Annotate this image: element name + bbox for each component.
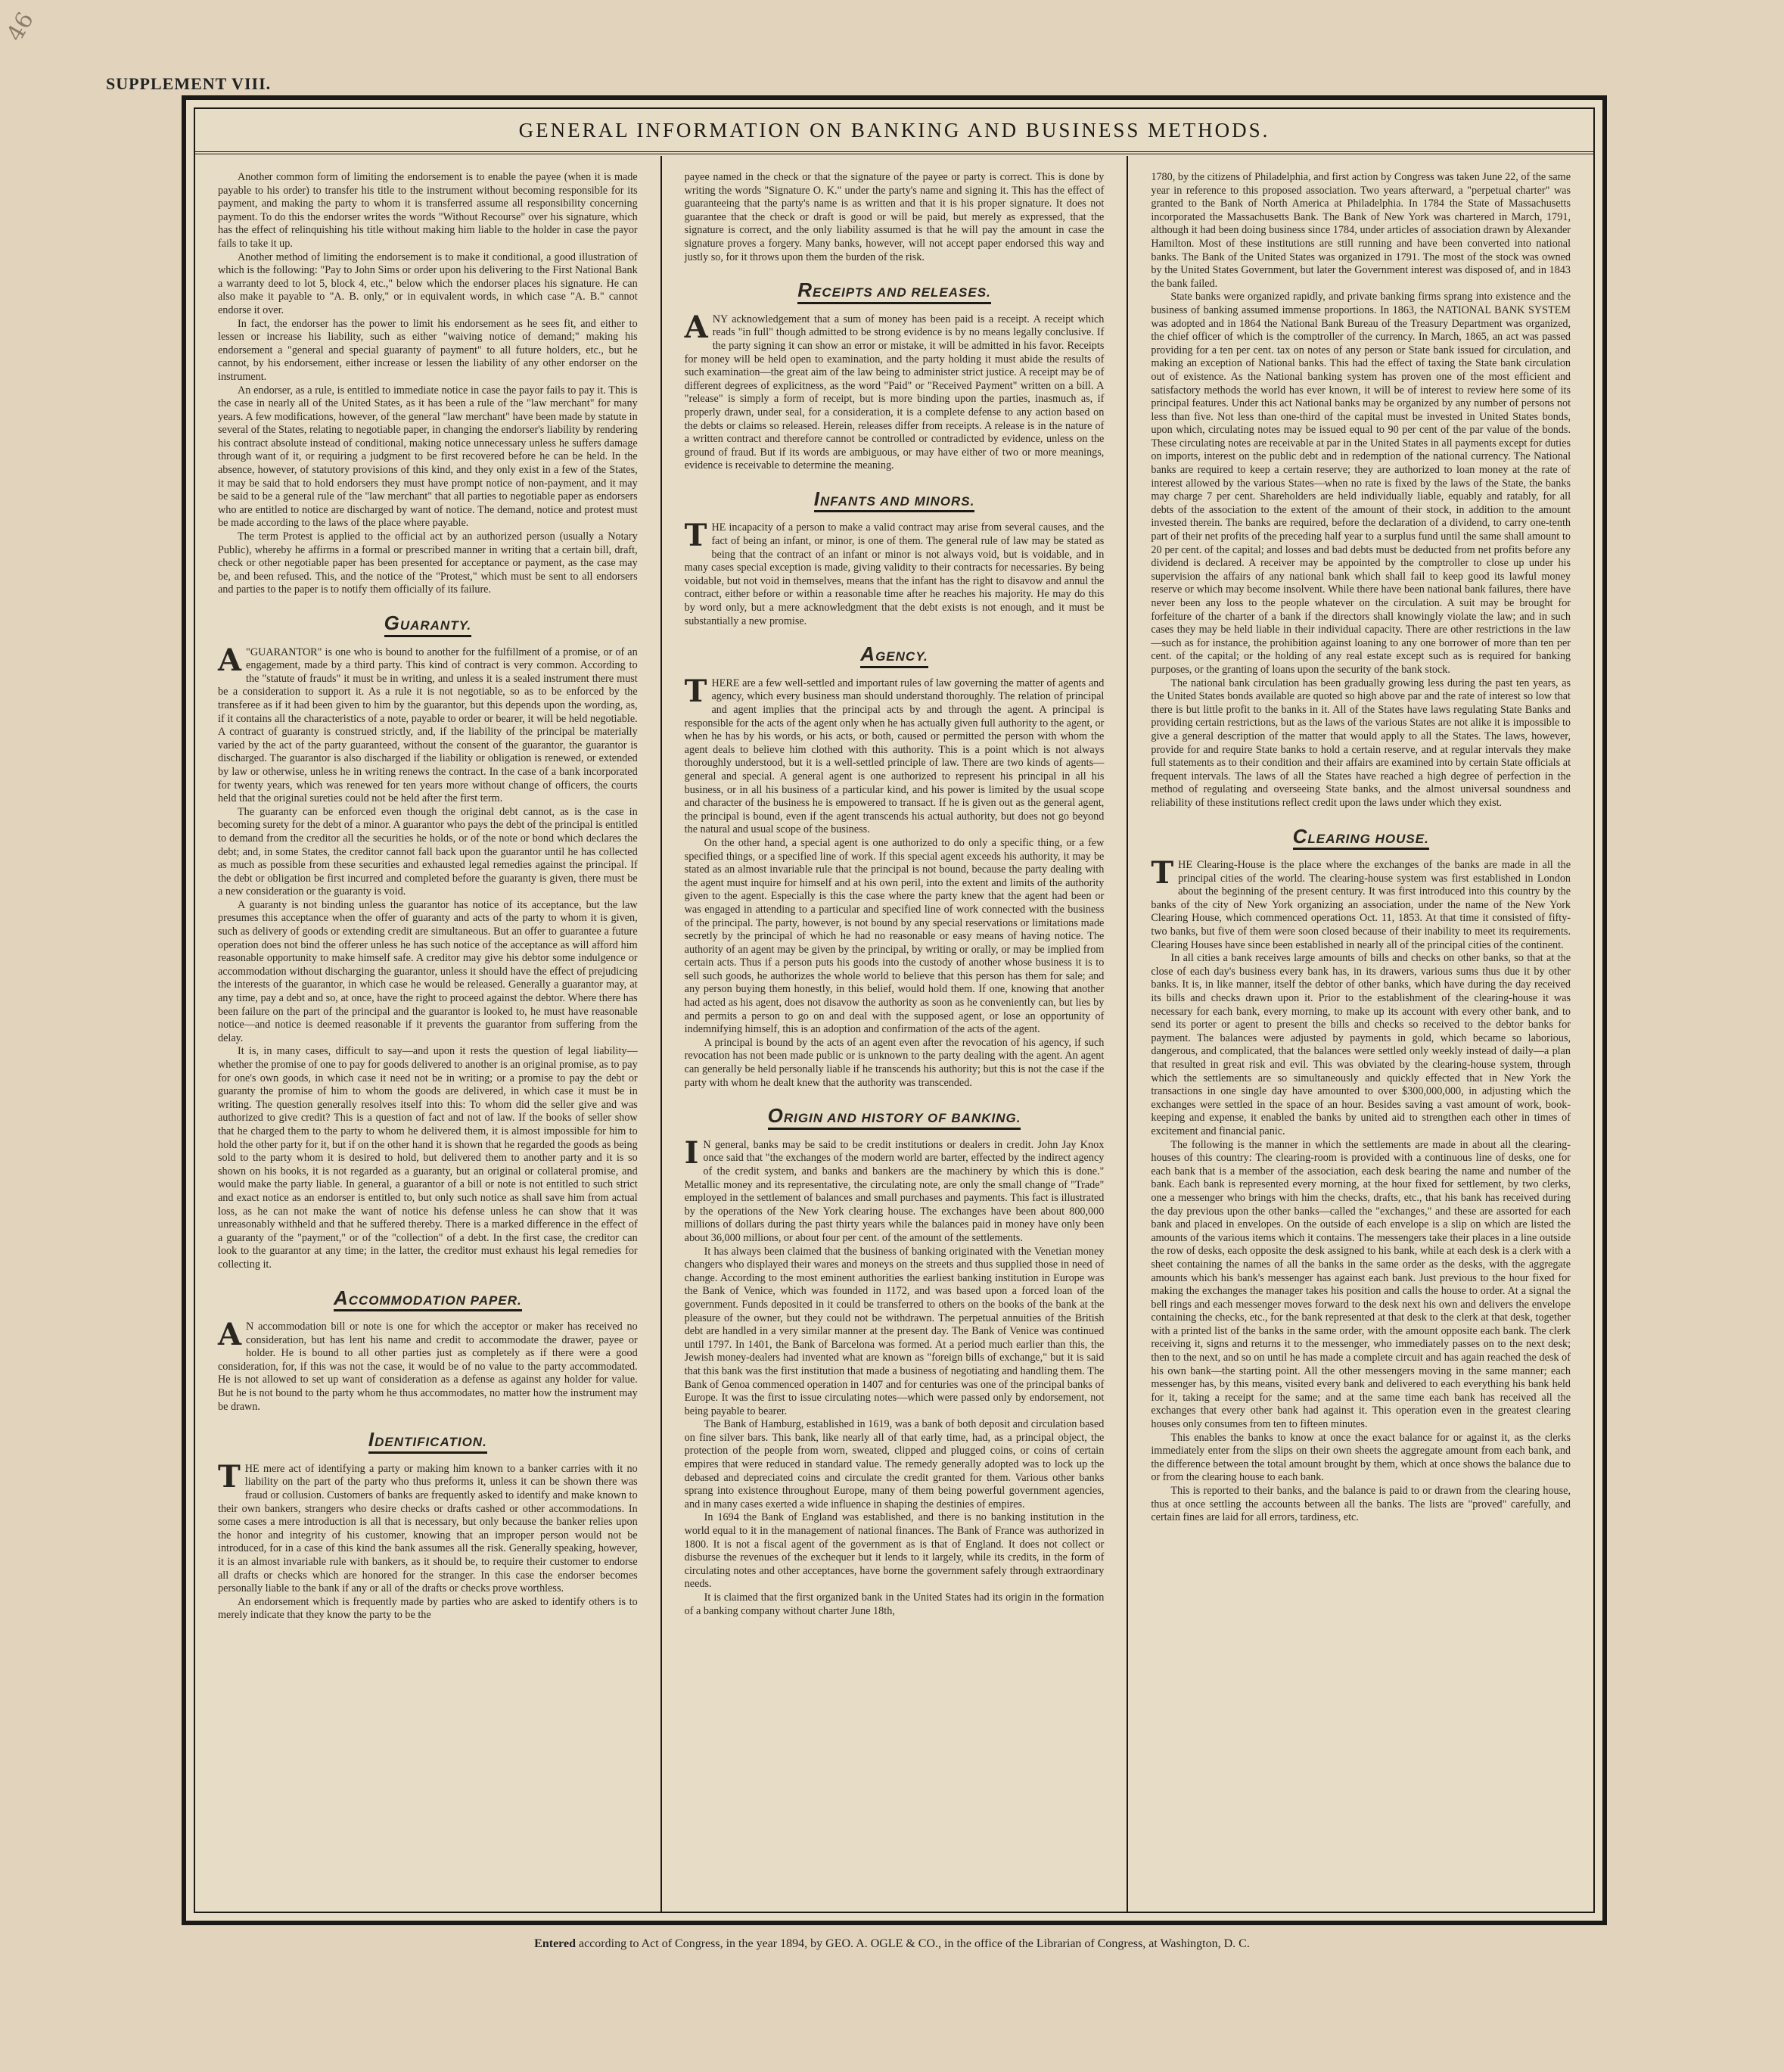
column-1: Another common form of limiting the endo… [195,156,660,1912]
copyright-lead: Entered [534,1937,576,1950]
section-heading-text: IDENTIFICATION. [368,1433,487,1454]
paragraph-text: It has always been claimed that the busi… [685,1246,1105,1417]
copyright-notice: Entered according to Act of Congress, in… [0,1937,1784,1951]
paragraph-text: Another method of limiting the endorseme… [218,251,638,316]
paragraph-text: The national bank circulation has been g… [1151,677,1571,809]
paragraph: A guaranty is not binding unless the gua… [218,899,638,1046]
paragraph: In fact, the endorser has the power to l… [218,318,638,384]
section-heading: GUARANTY. [218,617,638,637]
section-heading: CLEARING HOUSE. [1151,830,1571,851]
column-3: 1780, by the citizens of Philadelphia, a… [1127,156,1593,1912]
paragraph-text: NY acknowledgement that a sum of money h… [685,313,1105,472]
paragraph: This enables the banks to know at once t… [1151,1432,1571,1485]
paragraph-text: HE incapacity of a person to make a vali… [685,521,1105,627]
drop-cap: T [685,523,707,549]
paragraph-text: payee named in the check or that the sig… [685,171,1105,263]
drop-cap: T [1151,860,1173,886]
paragraph-text: HERE are a few well-settled and importan… [685,677,1105,836]
paragraph-text: The Bank of Hamburg, established in 1619… [685,1418,1105,1510]
paragraph-text: State banks were organized rapidly, and … [1151,291,1571,676]
paragraph: ANY acknowledgement that a sum of money … [685,313,1105,473]
paragraph: A"GUARANTOR" is one who is bound to anot… [218,646,638,806]
drop-cap: T [685,679,707,705]
paragraph: An endorsement which is frequently made … [218,1596,638,1622]
paragraph: payee named in the check or that the sig… [685,171,1105,264]
paragraph: The Bank of Hamburg, established in 1619… [685,1418,1105,1511]
paragraph-text: Another common form of limiting the endo… [218,171,638,250]
title-band: GENERAL INFORMATION ON BANKING AND BUSIN… [195,109,1593,154]
paragraph: It has always been claimed that the busi… [685,1246,1105,1419]
section-heading: ORIGIN AND HISTORY OF BANKING. [685,1109,1105,1130]
section-heading: ACCOMMODATION PAPER. [218,1292,638,1312]
inner-frame: GENERAL INFORMATION ON BANKING AND BUSIN… [194,107,1595,1913]
column-2: payee named in the check or that the sig… [660,156,1127,1912]
paragraph: The guaranty can be enforced even though… [218,806,638,899]
paragraph-text: N general, banks may be said to be credi… [685,1139,1105,1244]
drop-cap: A [218,648,241,674]
drop-cap: A [685,315,708,341]
section-heading-text: CLEARING HOUSE. [1293,830,1429,851]
section-heading-text: INFANTS AND MINORS. [814,493,975,513]
paragraph-text: HE Clearing-House is the place where the… [1151,859,1571,951]
page-title: GENERAL INFORMATION ON BANKING AND BUSIN… [519,119,1270,142]
supplement-label: SUPPLEMENT VIII. [106,74,271,94]
section-heading-text: RECEIPTS AND RELEASES. [797,284,991,304]
paragraph: THE mere act of identifying a party or m… [218,1463,638,1596]
section-heading-text: GUARANTY. [384,617,472,637]
drop-cap: T [218,1464,241,1490]
paragraph: State banks were organized rapidly, and … [1151,291,1571,677]
copyright-text: according to Act of Congress, in the yea… [576,1937,1250,1950]
paragraph: The term Protest is applied to the offic… [218,530,638,597]
paragraph: The national bank circulation has been g… [1151,677,1571,810]
paragraph-text: An endorser, as a rule, is entitled to i… [218,384,638,530]
paragraph: 1780, by the citizens of Philadelphia, a… [1151,171,1571,291]
paragraph: IN general, banks may be said to be cred… [685,1139,1105,1246]
paragraph: In 1694 the Bank of England was establis… [685,1511,1105,1591]
paragraph-text: In fact, the endorser has the power to l… [218,318,638,383]
paragraph: In all cities a bank receives large amou… [1151,952,1571,1138]
paragraph: It is, in many cases, difficult to say—a… [218,1045,638,1271]
paragraph-text: On the other hand, a special agent is on… [685,837,1105,1035]
paragraph-text: In 1694 the Bank of England was establis… [685,1511,1105,1590]
paragraph-text: The guaranty can be enforced even though… [218,806,638,898]
paragraph: THE incapacity of a person to make a val… [685,521,1105,628]
page-frame: GENERAL INFORMATION ON BANKING AND BUSIN… [182,95,1607,1925]
columns: Another common form of limiting the endo… [195,156,1593,1912]
section-heading-text: ORIGIN AND HISTORY OF BANKING. [768,1109,1021,1130]
paragraph-text: HE mere act of identifying a party or ma… [218,1463,638,1594]
paragraph: AN accommodation bill or note is one for… [218,1321,638,1414]
paragraph-text: This is reported to their banks, and the… [1151,1485,1571,1523]
paragraph-text: A guaranty is not binding unless the gua… [218,899,638,1044]
drop-cap: I [685,1140,699,1166]
paragraph: Another common form of limiting the endo… [218,171,638,251]
paragraph: On the other hand, a special agent is on… [685,837,1105,1037]
paragraph: Another method of limiting the endorseme… [218,251,638,318]
paragraph: It is claimed that the first organized b… [685,1591,1105,1618]
section-heading: AGENCY. [685,648,1105,668]
paragraph-text: This enables the banks to know at once t… [1151,1432,1571,1484]
paragraph: An endorser, as a rule, is entitled to i… [218,384,638,531]
paragraph-text: "GUARANTOR" is one who is bound to anoth… [218,646,638,805]
handwritten-page-number: 46 [2,8,39,46]
paragraph: This is reported to their banks, and the… [1151,1485,1571,1525]
paragraph-text: It is claimed that the first organized b… [685,1591,1105,1617]
paragraph-text: The following is the manner in which the… [1151,1139,1571,1430]
section-heading-text: ACCOMMODATION PAPER. [334,1292,522,1312]
paragraph: THE Clearing-House is the place where th… [1151,859,1571,952]
drop-cap: A [218,1322,241,1348]
paragraph: A principal is bound by the acts of an a… [685,1037,1105,1090]
section-heading: IDENTIFICATION. [218,1433,638,1454]
paragraph-text: A principal is bound by the acts of an a… [685,1037,1105,1089]
paragraph: THERE are a few well-settled and importa… [685,677,1105,837]
section-heading-text: AGENCY. [860,648,928,668]
section-heading: RECEIPTS AND RELEASES. [685,284,1105,304]
paragraph-text: The term Protest is applied to the offic… [218,530,638,596]
paragraph-text: An endorsement which is frequently made … [218,1596,638,1622]
section-heading: INFANTS AND MINORS. [685,493,1105,513]
paragraph-text: N accommodation bill or note is one for … [218,1321,638,1413]
paragraph: The following is the manner in which the… [1151,1139,1571,1432]
paragraph-text: It is, in many cases, difficult to say—a… [218,1045,638,1271]
paragraph-text: In all cities a bank receives large amou… [1151,952,1571,1137]
paragraph-text: 1780, by the citizens of Philadelphia, a… [1151,171,1571,290]
